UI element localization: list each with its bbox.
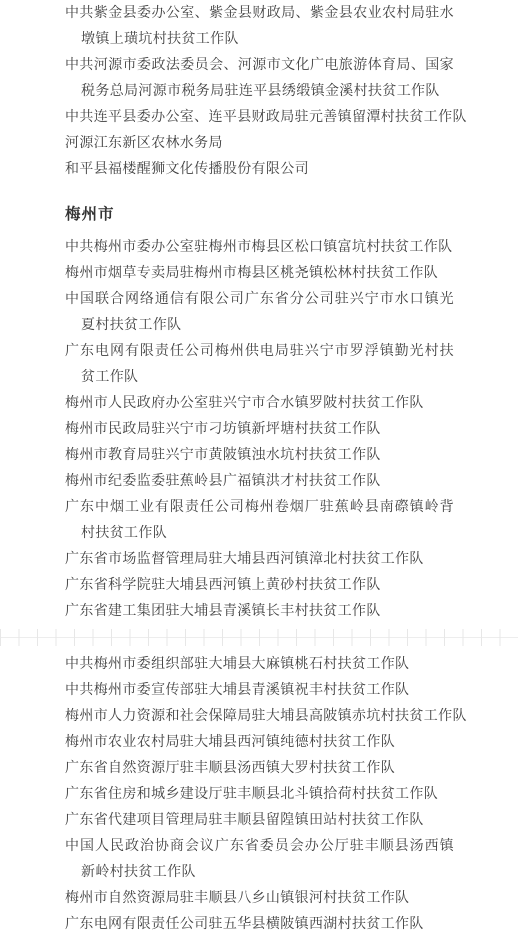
entry-line: 中共紫金县委办公室、紫金县财政局、紫金县农业农村局驻水 [65, 1, 454, 27]
list-entry: 中国人民政治协商会议广东省委员会办公厅驻丰顺县汤西镇新岭村扶贫工作队 [65, 834, 454, 886]
entry-line: 中共梅州市委组织部驻大埔县大麻镇桃石村扶贫工作队 [65, 652, 454, 678]
list-entry: 梅州市农业农村局驻大埔县西河镇纯德村扶贫工作队 [65, 730, 454, 756]
entry-line: 中国联合网络通信有限公司广东省分公司驻兴宁市水口镇光 [65, 287, 454, 313]
list-entry: 广东电网有限责任公司梅州供电局驻兴宁市罗浮镇勤光村扶贫工作队 [65, 339, 454, 391]
entry-list: 中共紫金县委办公室、紫金县财政局、紫金县农业农村局驻水墩镇上璜坑村扶贫工作队中共… [65, 1, 454, 183]
list-entry: 广东省科学院驻大埔县西河镇上黄砂村扶贫工作队 [65, 573, 454, 599]
entry-line: 梅州市纪委监委驻蕉岭县广福镇洪才村扶贫工作队 [65, 469, 454, 495]
list-entry: 中共紫金县委办公室、紫金县财政局、紫金县农业农村局驻水墩镇上璜坑村扶贫工作队 [65, 1, 454, 53]
list-entry: 中共河源市委政法委员会、河源市文化广电旅游体育局、国家税务总局河源市税务局驻连平… [65, 53, 454, 105]
list-entry: 广东省自然资源厅驻丰顺县汤西镇大罗村扶贫工作队 [65, 756, 454, 782]
entry-line: 和平县福楼醒狮文化传播股份有限公司 [65, 157, 454, 183]
entry-line: 广东省自然资源厅驻丰顺县汤西镇大罗村扶贫工作队 [65, 756, 454, 782]
entry-line: 夏村扶贫工作队 [65, 313, 454, 339]
entry-line: 墩镇上璜坑村扶贫工作队 [65, 27, 454, 53]
entry-line: 梅州市人力资源和社会保障局驻大埔县高陂镇赤坑村扶贫工作队 [65, 704, 454, 730]
list-entry: 广东省市场监督管理局驻大埔县西河镇漳北村扶贫工作队 [65, 547, 454, 573]
entry-line: 梅州市农业农村局驻大埔县西河镇纯德村扶贫工作队 [65, 730, 454, 756]
entry-line: 贫工作队 [65, 365, 454, 391]
entry-line: 村扶贫工作队 [65, 521, 454, 547]
entry-line: 中共梅州市委办公室驻梅州市梅县区松口镇富坑村扶贫工作队 [65, 235, 454, 261]
document-page: 中共紫金县委办公室、紫金县财政局、紫金县农业农村局驻水墩镇上璜坑村扶贫工作队中共… [0, 0, 518, 938]
list-entry: 中国联合网络通信有限公司广东省分公司驻兴宁市水口镇光夏村扶贫工作队 [65, 287, 454, 339]
entry-line: 广东电网有限责任公司梅州供电局驻兴宁市罗浮镇勤光村扶 [65, 339, 454, 365]
list-entry: 中共连平县委办公室、连平县财政局驻元善镇留潭村扶贫工作队 [65, 105, 454, 131]
entry-line: 中国人民政治协商会议广东省委员会办公厅驻丰顺县汤西镇 [65, 834, 454, 860]
entry-list: 中共梅州市委组织部驻大埔县大麻镇桃石村扶贫工作队中共梅州市委宣传部驻大埔县青溪镇… [65, 652, 454, 938]
entry-line: 广东省代建项目管理局驻丰顺县留隍镇田站村扶贫工作队 [65, 808, 454, 834]
list-entry: 梅州市烟草专卖局驻梅州市梅县区桃尧镇松林村扶贫工作队 [65, 261, 454, 287]
list-entry: 梅州市民政局驻兴宁市刁坊镇新坪塘村扶贫工作队 [65, 417, 454, 443]
page-divider [0, 629, 518, 646]
entry-line: 梅州市烟草专卖局驻梅州市梅县区桃尧镇松林村扶贫工作队 [65, 261, 454, 287]
entry-line: 广东电网有限责任公司驻五华县横陂镇西湖村扶贫工作队 [65, 912, 454, 938]
list-entry: 中共梅州市委办公室驻梅州市梅县区松口镇富坑村扶贫工作队 [65, 235, 454, 261]
entry-line: 河源江东新区农林水务局 [65, 131, 454, 157]
document-body: 中共紫金县委办公室、紫金县财政局、紫金县农业农村局驻水墩镇上璜坑村扶贫工作队中共… [65, 1, 454, 938]
list-entry: 和平县福楼醒狮文化传播股份有限公司 [65, 157, 454, 183]
entry-line: 广东省科学院驻大埔县西河镇上黄砂村扶贫工作队 [65, 573, 454, 599]
list-entry: 广东中烟工业有限责任公司梅州卷烟厂驻蕉岭县南磜镇岭背村扶贫工作队 [65, 495, 454, 547]
entry-line: 梅州市人民政府办公室驻兴宁市合水镇罗陂村扶贫工作队 [65, 391, 454, 417]
list-entry: 梅州市人民政府办公室驻兴宁市合水镇罗陂村扶贫工作队 [65, 391, 454, 417]
entry-line: 中共河源市委政法委员会、河源市文化广电旅游体育局、国家 [65, 53, 454, 79]
entry-line: 中共梅州市委宣传部驻大埔县青溪镇祝丰村扶贫工作队 [65, 678, 454, 704]
entry-list: 中共梅州市委办公室驻梅州市梅县区松口镇富坑村扶贫工作队梅州市烟草专卖局驻梅州市梅… [65, 235, 454, 625]
entry-line: 梅州市自然资源局驻丰顺县八乡山镇银河村扶贫工作队 [65, 886, 454, 912]
section-heading: 梅州市 [65, 203, 454, 227]
entry-line: 梅州市教育局驻兴宁市黄陂镇浊水坑村扶贫工作队 [65, 443, 454, 469]
list-entry: 广东省住房和城乡建设厅驻丰顺县北斗镇拾荷村扶贫工作队 [65, 782, 454, 808]
entry-line: 广东省建工集团驻大埔县青溪镇长丰村扶贫工作队 [65, 599, 454, 625]
entry-line: 广东省市场监督管理局驻大埔县西河镇漳北村扶贫工作队 [65, 547, 454, 573]
list-entry: 中共梅州市委组织部驻大埔县大麻镇桃石村扶贫工作队 [65, 652, 454, 678]
list-entry: 梅州市自然资源局驻丰顺县八乡山镇银河村扶贫工作队 [65, 886, 454, 912]
list-entry: 梅州市教育局驻兴宁市黄陂镇浊水坑村扶贫工作队 [65, 443, 454, 469]
entry-line: 新岭村扶贫工作队 [65, 860, 454, 886]
list-entry: 广东省建工集团驻大埔县青溪镇长丰村扶贫工作队 [65, 599, 454, 625]
entry-line: 广东省住房和城乡建设厅驻丰顺县北斗镇拾荷村扶贫工作队 [65, 782, 454, 808]
list-entry: 广东省代建项目管理局驻丰顺县留隍镇田站村扶贫工作队 [65, 808, 454, 834]
list-entry: 河源江东新区农林水务局 [65, 131, 454, 157]
entry-line: 中共连平县委办公室、连平县财政局驻元善镇留潭村扶贫工作队 [65, 105, 454, 131]
list-entry: 中共梅州市委宣传部驻大埔县青溪镇祝丰村扶贫工作队 [65, 678, 454, 704]
list-entry: 梅州市人力资源和社会保障局驻大埔县高陂镇赤坑村扶贫工作队 [65, 704, 454, 730]
list-entry: 广东电网有限责任公司驻五华县横陂镇西湖村扶贫工作队 [65, 912, 454, 938]
entry-line: 广东中烟工业有限责任公司梅州卷烟厂驻蕉岭县南磜镇岭背 [65, 495, 454, 521]
entry-line: 梅州市民政局驻兴宁市刁坊镇新坪塘村扶贫工作队 [65, 417, 454, 443]
entry-line: 税务总局河源市税务局驻连平县绣缎镇金溪村扶贫工作队 [65, 79, 454, 105]
list-entry: 梅州市纪委监委驻蕉岭县广福镇洪才村扶贫工作队 [65, 469, 454, 495]
